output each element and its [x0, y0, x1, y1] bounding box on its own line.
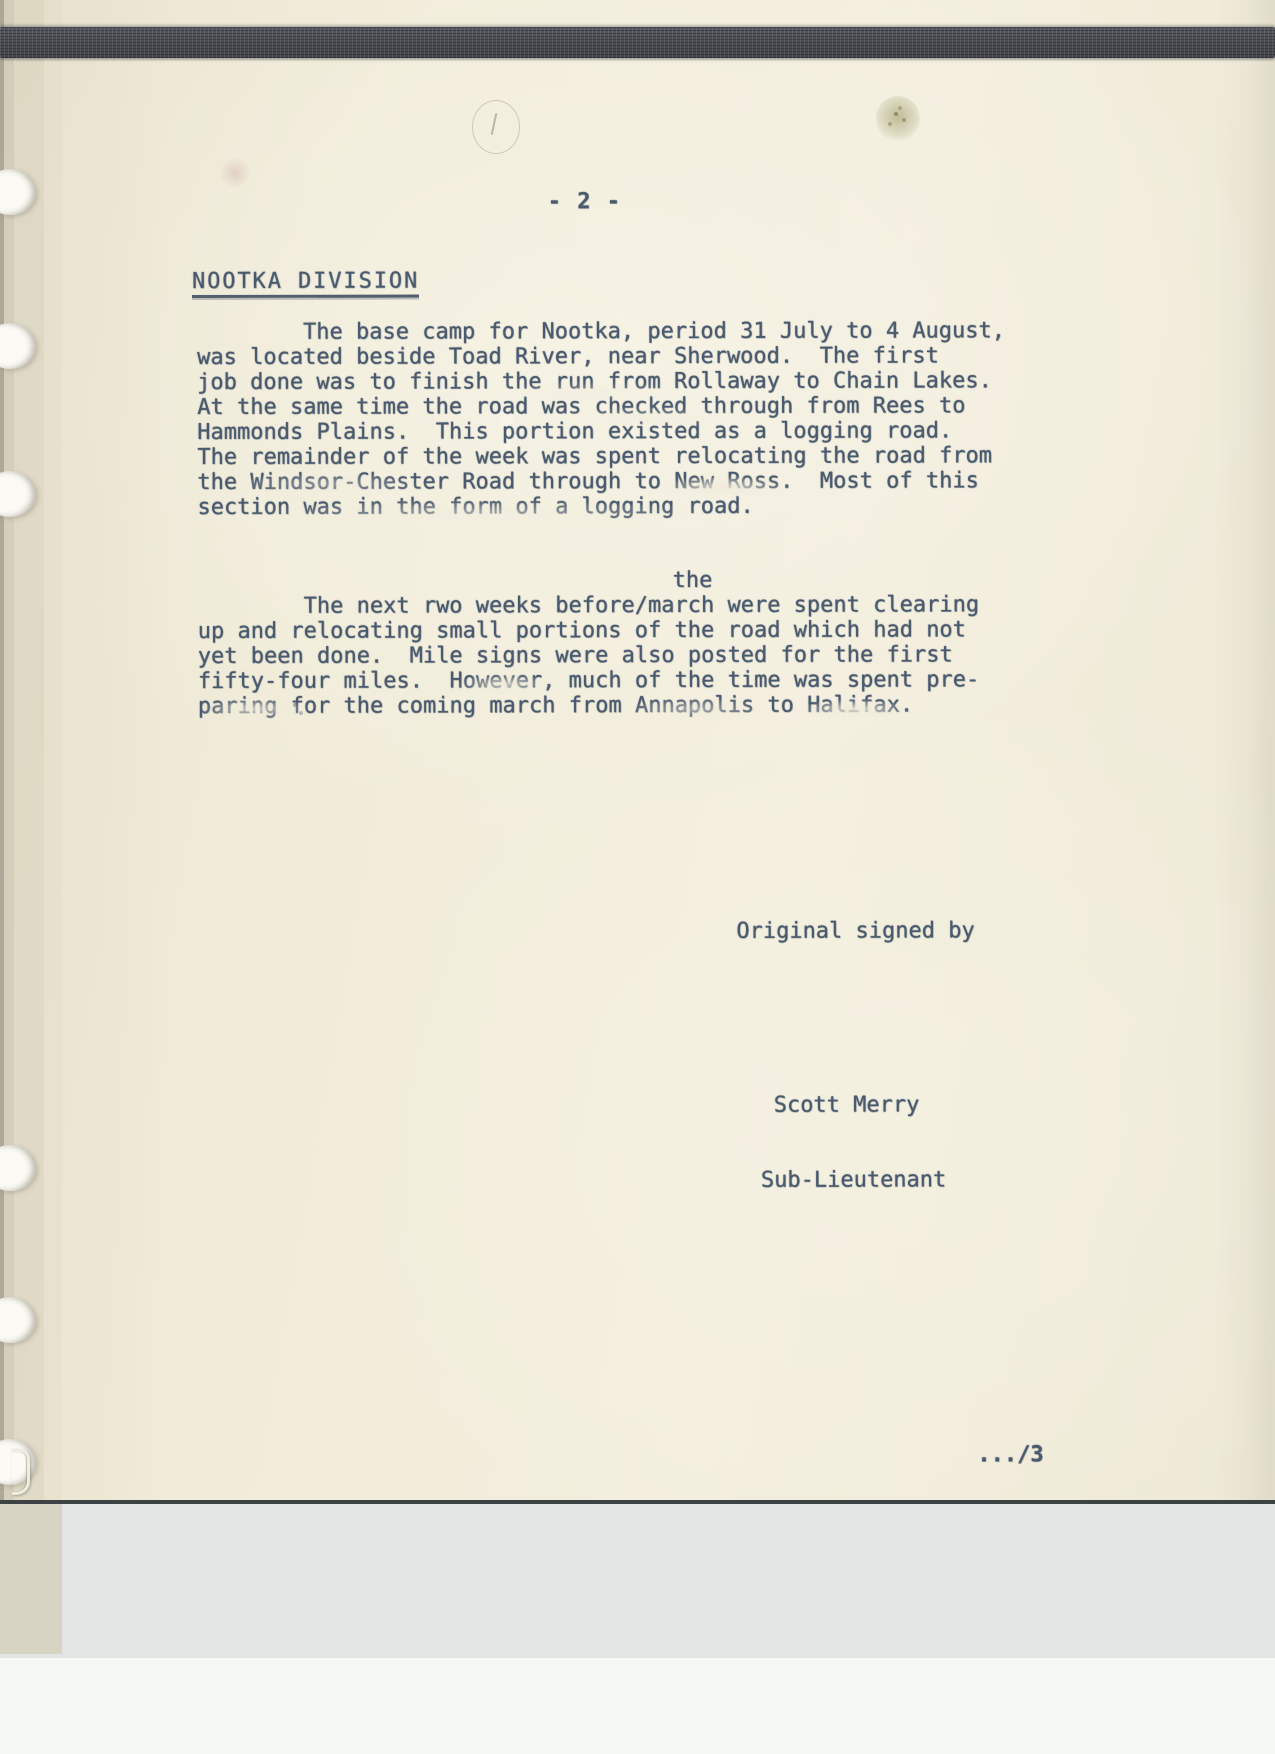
paragraph-two: The next rwo weeks before/march were spe…: [198, 592, 980, 719]
paragraph-one: The base camp for Nootka, period 31 July…: [197, 318, 1005, 520]
scan-lower-band-left: [0, 1504, 62, 1654]
typewritten-text-layer: - 2 - NOOTKA DIVISION The base camp for …: [0, 0, 1275, 1501]
signature-rank: Sub-Lieutenant: [761, 1167, 946, 1192]
scan-bottom-band: [0, 1658, 1275, 1754]
insertion-word: the: [673, 568, 713, 593]
scan-lower-band: [0, 1504, 1275, 1658]
signed-note: Original signed by: [736, 918, 974, 943]
page-number: - 2 -: [548, 189, 622, 214]
continuation-mark: .../3: [977, 1442, 1043, 1467]
scanned-document: - 2 - NOOTKA DIVISION The base camp for …: [0, 0, 1275, 1754]
signature-name: Scott Merry: [761, 1092, 946, 1117]
signature-block: Scott Merry Sub-Lieutenant: [761, 1042, 947, 1242]
section-heading: NOOTKA DIVISION: [192, 269, 419, 298]
